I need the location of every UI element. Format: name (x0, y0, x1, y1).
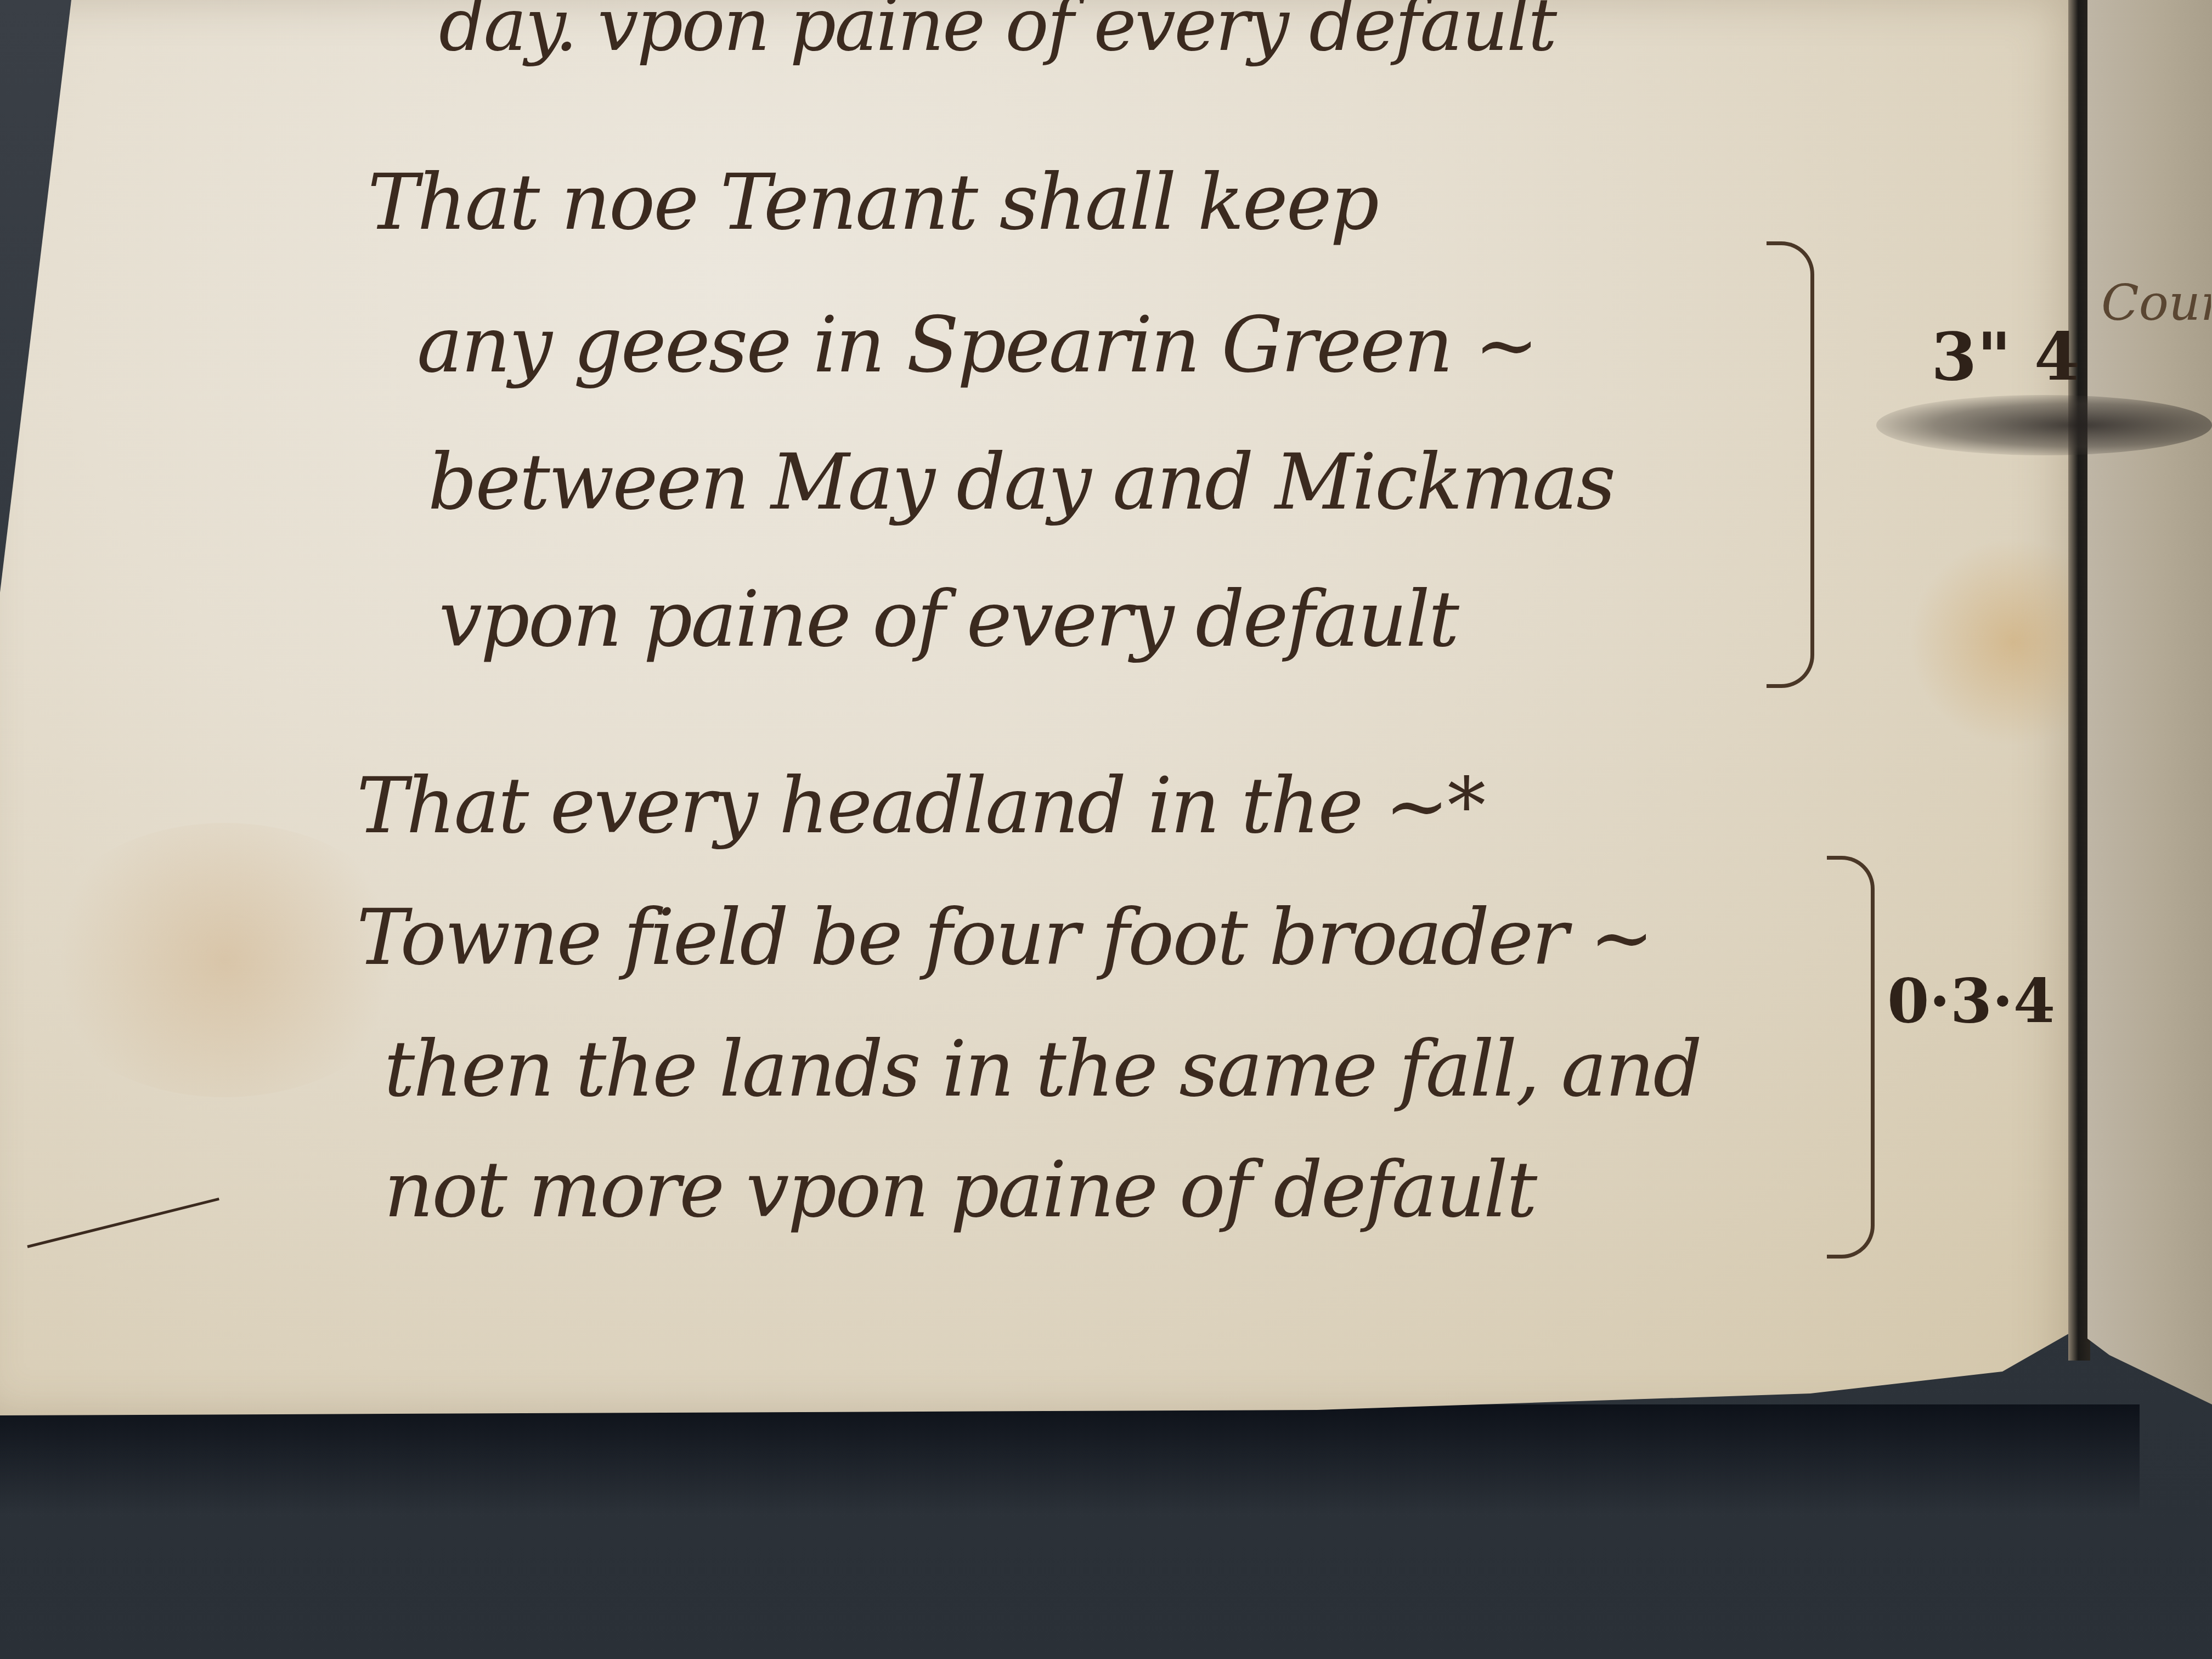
fine-amount: 3" 4 (1931, 318, 2080, 396)
bracket (1827, 856, 1875, 1259)
manuscript-line: day. vpon paine of every default (439, 0, 1555, 61)
fine-amount: 0·3·4 (1887, 966, 2055, 1036)
manuscript-line: Towne field be four foot broader ~ (357, 900, 1652, 977)
facing-page (2087, 0, 2212, 1404)
manuscript-line: That noe Tenant shall keep (368, 165, 1378, 241)
ink-blot (1876, 395, 2212, 455)
bracket (1767, 241, 1814, 688)
manuscript-line: That every headland in the ~* (357, 768, 1484, 845)
manuscript-line: any geese in Spearin Green ~ (417, 307, 1537, 384)
manuscript-line: vpon paine of every default (439, 582, 1458, 658)
book-gutter (2068, 0, 2090, 1361)
manuscript-line: not more vpon paine of default (384, 1152, 1536, 1229)
manuscript-line: between May day and Mickmas (428, 444, 1614, 521)
facing-page-note: Court (2101, 274, 2211, 332)
manuscript-line: then the lands in the same fall, and (384, 1031, 1701, 1108)
page-shadow (0, 1404, 2140, 1514)
